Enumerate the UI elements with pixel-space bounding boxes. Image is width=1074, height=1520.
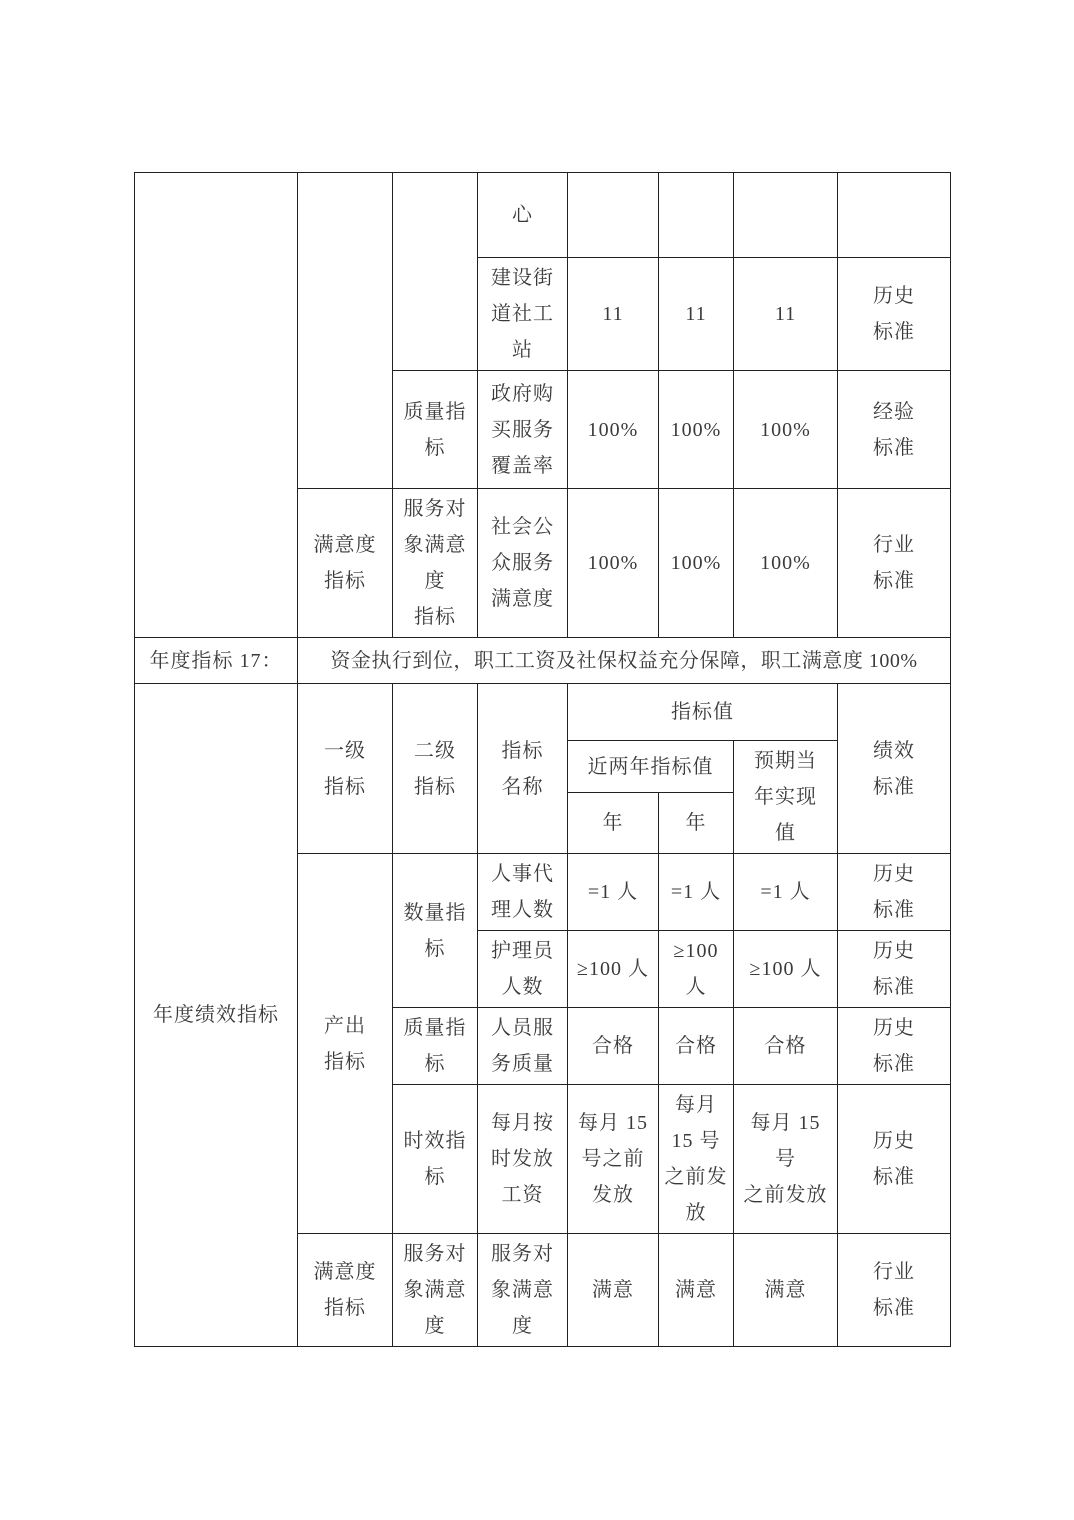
cell-indicator-name: 人事代 理人数: [478, 854, 568, 931]
cell-indicator-name: 每月按 时发放 工资: [478, 1085, 568, 1234]
header-level2: 二级 指标: [393, 684, 478, 854]
cell-level1-indicator: 产出 指标: [298, 854, 393, 1234]
cell-level1-indicator: 满意度 指标: [298, 1234, 393, 1347]
cell-indicator-name: 服务对 象满意 度: [478, 1234, 568, 1347]
cell-standard: 历史 标准: [838, 258, 951, 371]
header-value-group: 指标值: [568, 684, 838, 741]
empty-cell: [734, 173, 838, 258]
cell-value-expected: 100%: [734, 489, 838, 638]
header-indicator-name: 指标 名称: [478, 684, 568, 854]
cell-indicator-name: 政府购 买服务 覆盖率: [478, 371, 568, 489]
cell-standard: 经验 标准: [838, 371, 951, 489]
cell-value-year2: 合格: [659, 1008, 734, 1085]
cell-value-expected: 100%: [734, 371, 838, 489]
cell-indicator-name: 社会公 众服务 满意度: [478, 489, 568, 638]
cell-row-group-label: 年度绩效指标: [135, 684, 298, 1347]
cell-value-expected: =1 人: [734, 854, 838, 931]
cell-standard: 历史 标准: [838, 931, 951, 1008]
header-row: 年度绩效指标 一级 指标 二级 指标 指标 名称 指标值 绩效 标准: [135, 684, 951, 741]
performance-indicator-table: 心 建设街 道社工 站 11 11 11 历史 标准 质量指 标 政府购 买服务…: [134, 172, 951, 1347]
cell-value-expected: 11: [734, 258, 838, 371]
cell-value-year2: 满意: [659, 1234, 734, 1347]
empty-cell-group1: [135, 173, 298, 638]
cell-indicator-name: 护理员 人数: [478, 931, 568, 1008]
empty-cell-level1: [298, 173, 393, 489]
table-row: 心: [135, 173, 951, 258]
cell-indicator-name: 人员服 务质量: [478, 1008, 568, 1085]
header-standard: 绩效 标准: [838, 684, 951, 854]
cell-level1-indicator: 满意度 指标: [298, 489, 393, 638]
header-recent-two-years: 近两年指标值: [568, 741, 734, 793]
cell-value-year1: 合格: [568, 1008, 659, 1085]
cell-indicator-name: 建设街 道社工 站: [478, 258, 568, 371]
cell-value-year2: 100%: [659, 489, 734, 638]
cell-standard: 历史 标准: [838, 1085, 951, 1234]
cell-value-year2: 每月 15 号 之前发 放: [659, 1085, 734, 1234]
cell-value-expected: 合格: [734, 1008, 838, 1085]
cell-level2-indicator: 服务对 象满意 度 指标: [393, 489, 478, 638]
annual-goal-label: 年度指标 17：: [135, 638, 298, 684]
empty-cell-level2: [393, 173, 478, 371]
header-level1: 一级 指标: [298, 684, 393, 854]
cell-standard: 历史 标准: [838, 1008, 951, 1085]
annual-goal-text: 资金执行到位，职工工资及社保权益充分保障，职工满意度 100%: [298, 638, 951, 684]
cell-value-year1: 每月 15 号之前 发放: [568, 1085, 659, 1234]
empty-cell: [568, 173, 659, 258]
cell-level2-indicator: 质量指 标: [393, 371, 478, 489]
cell-value-year1: =1 人: [568, 854, 659, 931]
cell-value-year1: 100%: [568, 371, 659, 489]
cell-value-expected: ≥100 人: [734, 931, 838, 1008]
header-expected-value: 预期当 年实现 值: [734, 741, 838, 854]
document-page: 心 建设街 道社工 站 11 11 11 历史 标准 质量指 标 政府购 买服务…: [0, 0, 1074, 1520]
cell-level2-indicator: 质量指 标: [393, 1008, 478, 1085]
cell-value-year2: ≥100 人: [659, 931, 734, 1008]
header-year2: 年: [659, 793, 734, 854]
cell-value-year1: 11: [568, 258, 659, 371]
cell-standard: 行业 标准: [838, 489, 951, 638]
cell-value-expected: 满意: [734, 1234, 838, 1347]
cell-level2-indicator: 服务对 象满意 度: [393, 1234, 478, 1347]
header-year1: 年: [568, 793, 659, 854]
cell-value-year2: 100%: [659, 371, 734, 489]
cell-value-year1: 100%: [568, 489, 659, 638]
cell-value-year1: 满意: [568, 1234, 659, 1347]
cell-value-expected: 每月 15 号 之前发放: [734, 1085, 838, 1234]
cell-value-year1: ≥100 人: [568, 931, 659, 1008]
cell-level2-indicator: 数量指 标: [393, 854, 478, 1008]
annual-goal-row: 年度指标 17： 资金执行到位，职工工资及社保权益充分保障，职工满意度 100%: [135, 638, 951, 684]
cell-value-year2: 11: [659, 258, 734, 371]
empty-cell: [838, 173, 951, 258]
cell-value-year2: =1 人: [659, 854, 734, 931]
cell-standard: 历史 标准: [838, 854, 951, 931]
cell-standard: 行业 标准: [838, 1234, 951, 1347]
cell-level2-indicator: 时效指 标: [393, 1085, 478, 1234]
cell-continuation-char: 心: [478, 173, 568, 258]
empty-cell: [659, 173, 734, 258]
